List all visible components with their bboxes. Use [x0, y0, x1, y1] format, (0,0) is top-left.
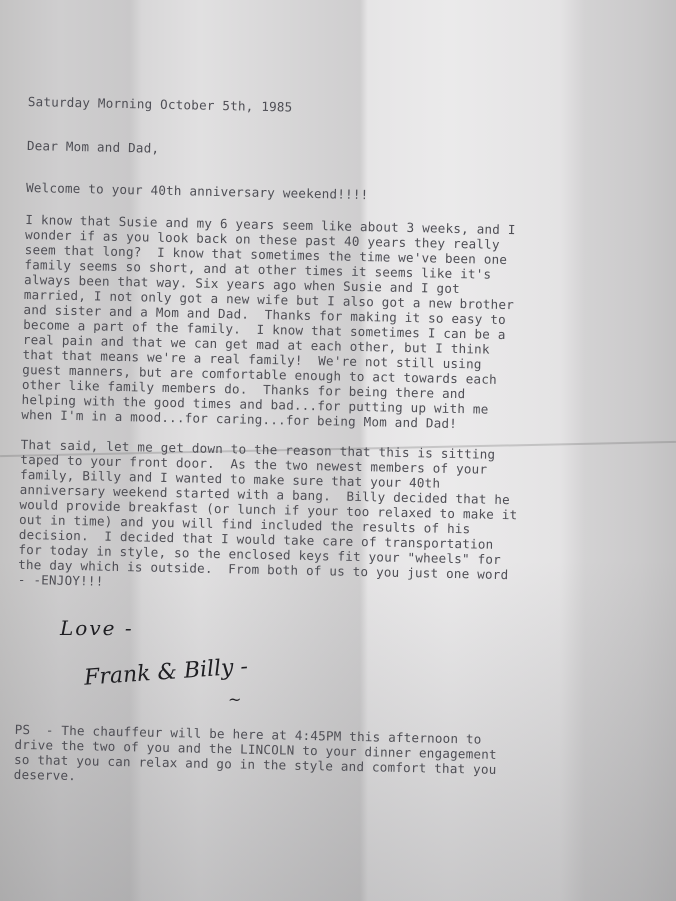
typed-letter-body: Saturday Morning October 5th, 1985 Dear … [15, 0, 650, 718]
handwritten-closing: Love - [60, 616, 134, 640]
salutation: Dear Mom and Dad, [27, 138, 160, 156]
paragraph-line: - -ENJOY!!! [18, 572, 104, 589]
pen-mark: ~ [228, 690, 241, 709]
paragraph-1: I know that Susie and my 6 years seem li… [23, 90, 648, 343]
postscript-line: deserve. [14, 767, 77, 783]
